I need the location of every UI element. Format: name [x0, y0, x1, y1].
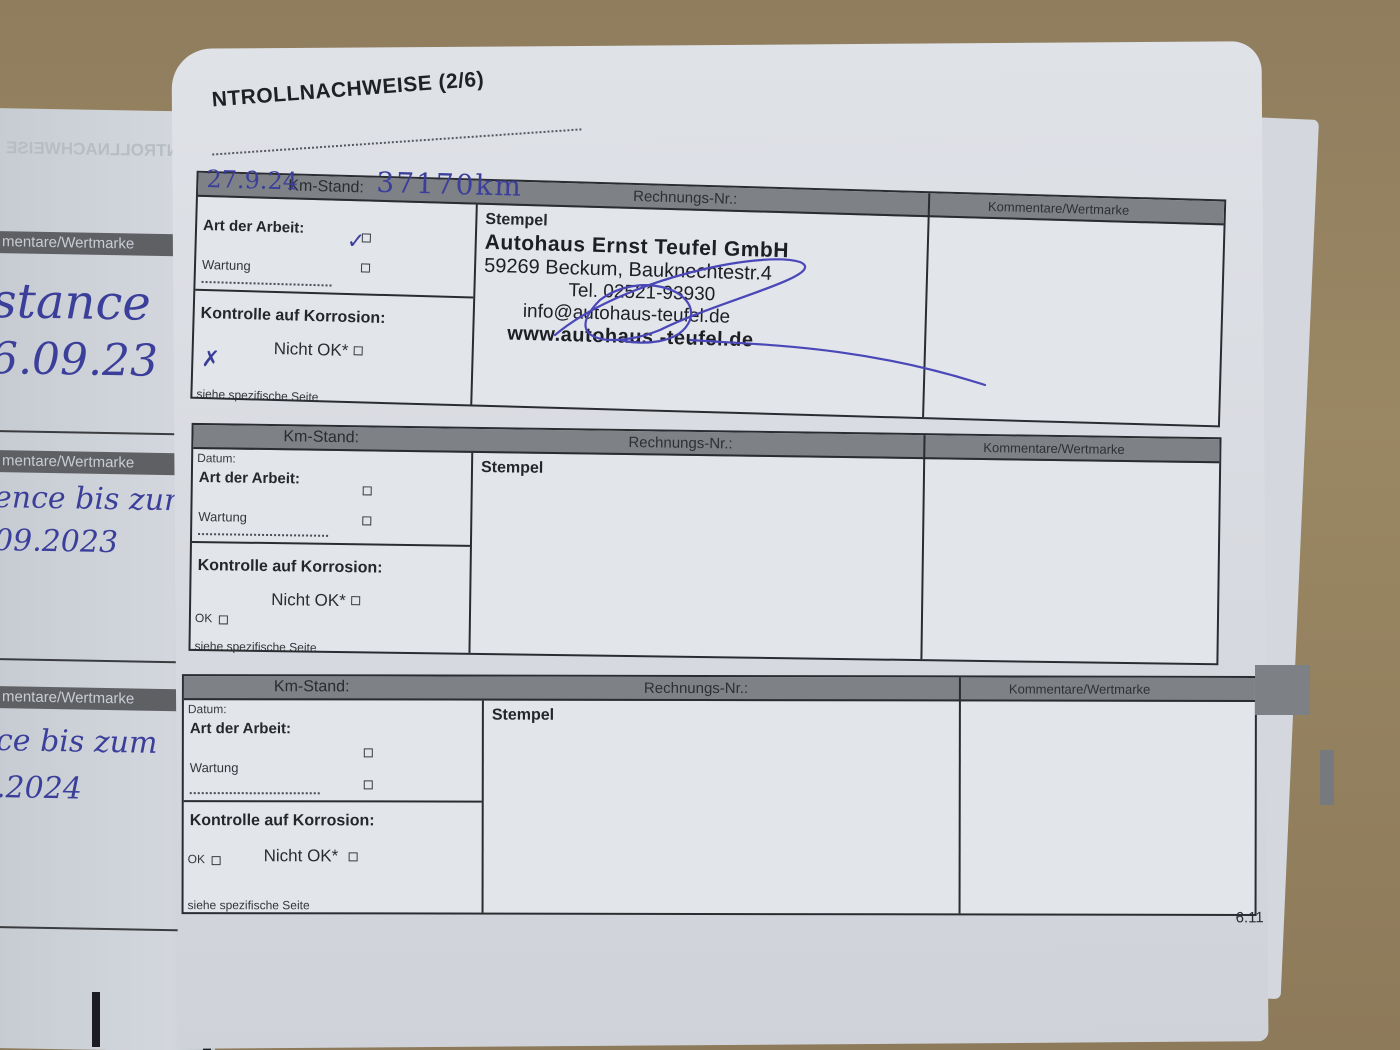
siehe-label: siehe spezifische Seite [194, 639, 316, 655]
left-note-3-line1: ce bis zum [0, 723, 157, 761]
left-note-3-line2: .2024 [0, 770, 82, 806]
kommentare-label: Kommentare/Wertmarke [983, 440, 1125, 457]
datum-handwritten[interactable]: 27.9.24 [206, 165, 298, 196]
divider [192, 541, 470, 547]
km-stand-handwritten[interactable]: 37170km [376, 166, 523, 203]
left-divider [0, 658, 205, 664]
ok-label: OK [188, 852, 205, 866]
checkbox-wartung[interactable] [364, 748, 373, 757]
divider [195, 289, 473, 299]
siehe-label: siehe spezifische Seite [196, 387, 318, 404]
stempel-label: Stempel [485, 211, 548, 231]
service-entry-1: Km-Stand: Rechnungs-Nr.: Kommentare/Wert… [190, 171, 1226, 428]
checkbox-nicht-ok[interactable] [349, 852, 358, 861]
rechnungs-nr-label: Rechnungs-Nr.: [628, 434, 732, 452]
left-note-2-line2: 09.2023 [0, 523, 118, 560]
dotted-line [198, 533, 328, 537]
page-title: NTROLLNACHWEISE (2/6) [211, 68, 485, 113]
divider [184, 800, 482, 803]
service-entry-2: Km-Stand: Rechnungs-Nr.: Kommentare/Wert… [188, 423, 1221, 665]
left-note-1-line2: 6.09.23 [0, 333, 158, 387]
wartung-label: Wartung [198, 509, 247, 525]
work-type-column: Art der Arbeit: Wartung Kontrolle auf Ko… [190, 449, 473, 653]
section-tab-marker [1320, 750, 1334, 805]
page-number: 6.11 [1236, 909, 1264, 926]
checkbox-other[interactable] [364, 780, 373, 789]
stempel-label: Stempel [492, 707, 554, 725]
checkbox-wartung[interactable] [363, 486, 372, 495]
korrosion-label: Kontrolle auf Korrosion: [200, 305, 385, 328]
rechnungs-nr-label: Rechnungs-Nr.: [633, 188, 738, 208]
title-dotted-line [212, 128, 581, 155]
entry-header: Km-Stand: Rechnungs-Nr.: Kommentare/Wert… [184, 676, 1255, 702]
column-divider [959, 677, 961, 913]
work-type-column: Art der Arbeit: Wartung Kontrolle auf Ko… [184, 700, 484, 913]
art-der-arbeit-label: Art der Arbeit: [199, 469, 300, 487]
art-der-arbeit-label: Art der Arbeit: [190, 720, 291, 737]
checkbox-ok[interactable] [212, 856, 221, 865]
ok-cross-mark-icon: ✗ [201, 347, 220, 373]
km-stand-label: Km-Stand: [274, 678, 350, 696]
spine-mark [92, 992, 100, 1047]
stempel-label: Stempel [481, 459, 543, 478]
left-divider [0, 926, 205, 932]
dealer-stamp: Autohaus Ernst Teufel GmbH 59269 Beckum,… [482, 231, 925, 357]
service-entry-3: Km-Stand: Rechnungs-Nr.: Kommentare/Wert… [182, 674, 1257, 916]
left-note-1-line1: stance [0, 273, 151, 332]
wartung-label: Wartung [202, 257, 251, 273]
dotted-line [202, 281, 332, 287]
kommentare-label: Kommentare/Wertmarke [988, 199, 1130, 218]
dotted-line [190, 792, 320, 794]
section-tab-marker [1255, 665, 1310, 715]
checkbox-nicht-ok[interactable] [354, 346, 363, 355]
km-stand-label: Km-Stand: [288, 177, 364, 197]
wartung-label: Wartung [190, 760, 239, 775]
main-page: NTROLLNACHWEISE (2/6) Km-Stand: Rechnung… [172, 41, 1269, 1049]
nicht-ok-label: Nicht OK* [271, 590, 346, 611]
korrosion-label: Kontrolle auf Korrosion: [190, 812, 375, 830]
nicht-ok-label: Nicht OK* [273, 339, 348, 361]
wartung-check-mark-icon: ✓ [346, 229, 365, 255]
checkbox-ok[interactable] [219, 615, 228, 624]
siehe-label: siehe spezifische Seite [188, 898, 310, 912]
column-divider [920, 435, 925, 659]
work-type-column: Art der Arbeit: Wartung ✓ Kontrolle auf … [192, 197, 477, 405]
nicht-ok-label: Nicht OK* [264, 846, 339, 866]
kommentare-label: Kommentare/Wertmarke [1009, 682, 1150, 697]
left-comments-header: mentare/Wertmarke [0, 686, 205, 712]
art-der-arbeit-label: Art der Arbeit: [203, 217, 305, 237]
checkbox-nicht-ok[interactable] [351, 596, 360, 605]
korrosion-label: Kontrolle auf Korrosion: [198, 557, 383, 578]
km-stand-label: Km-Stand: [283, 428, 359, 447]
column-divider [922, 193, 930, 417]
checkbox-other[interactable] [362, 516, 371, 525]
ok-label: OK [195, 611, 213, 625]
photo-scene: KONTROLLNACHWEISE KONTROLLNACHWEISE ment… [0, 0, 1400, 1050]
rechnungs-nr-label: Rechnungs-Nr.: [644, 680, 748, 697]
left-note-2-line1: ence bis zum [0, 480, 192, 518]
checkbox-other[interactable] [361, 263, 370, 272]
